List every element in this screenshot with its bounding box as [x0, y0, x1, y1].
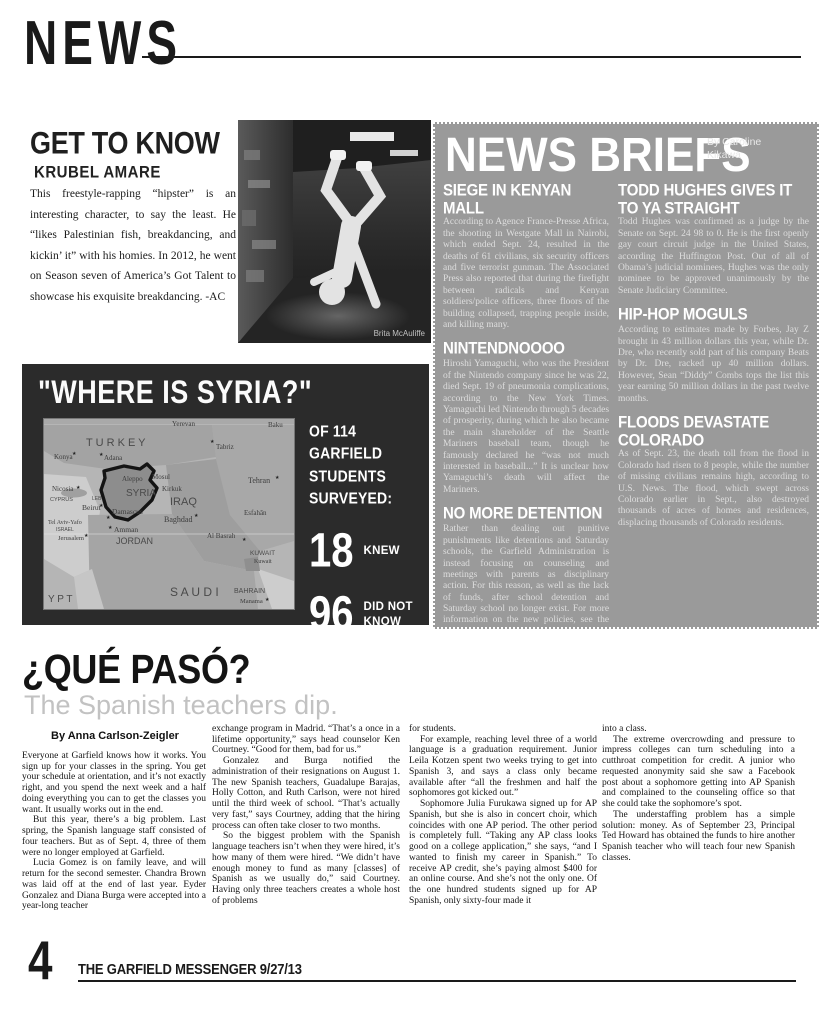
news-briefs-columns: SIEGE IN KENYAN MALL According to Agence…: [443, 182, 809, 623]
page-number: 4: [28, 930, 52, 993]
map-label: Al Basrah: [207, 532, 236, 540]
stat-did-not-know-value: 96: [309, 588, 354, 642]
get-to-know-subject-wrap: KRUBEL AMARE: [34, 163, 161, 180]
brief-heading: NINTENDNOOOO: [443, 340, 609, 358]
que-paso-subtitle: The Spanish teachers dip.: [24, 690, 338, 721]
brief-heading: SIEGE IN KENYAN MALL: [443, 182, 609, 218]
city-marker-icon: ★: [210, 439, 215, 445]
syria-poll-box: "WHERE IS SYRIA?" Yerevan Baku T U R K E…: [22, 364, 429, 625]
map-label: Kirkuk: [162, 485, 182, 493]
article-byline: By Anna Carlson-Zeigler: [40, 730, 190, 742]
brief-body: As of Sept. 23, the death toll from the …: [618, 449, 809, 529]
brief-kenyan-mall: SIEGE IN KENYAN MALL According to Agence…: [443, 182, 609, 331]
city-marker-icon: ★: [265, 597, 270, 603]
map-label: Nicosia: [52, 485, 74, 493]
get-to-know-body: This freestyle-rapping “hipster” is an i…: [30, 184, 236, 307]
brief-heading: FLOODS DEVASTATE COLORADO: [618, 414, 809, 450]
map-label: Damascus: [112, 507, 143, 516]
brief-body: Hiroshi Yamaguchi, who was the President…: [443, 359, 609, 496]
map-label: LEB.: [92, 496, 103, 502]
syria-poll-stats: OF 114 GARFIELD STUDENTS SURVEYED: 18 KN…: [309, 420, 421, 637]
stat-knew-label: KNEW: [364, 544, 422, 559]
city-marker-icon: ★: [84, 533, 89, 539]
news-briefs-title: NEWS BRIEFS: [445, 128, 751, 183]
map-label: Konya: [54, 453, 74, 461]
photo-credit: Brita McAuliffe: [374, 329, 425, 338]
brief-detention: NO MORE DETENTION Rather than dealing ou…: [443, 505, 609, 629]
map-label: BAHRAIN: [234, 588, 265, 595]
stat-did-not-know: 96 DID NOT KNOW: [309, 592, 421, 637]
breakdancer-photo: Brita McAuliffe: [238, 120, 431, 343]
news-briefs-heading-wrap: NEWS BRIEFS: [445, 128, 751, 178]
article-paragraph: Lucia Gomez is on family leave, and will…: [22, 858, 206, 912]
map-label: JORDAN: [116, 536, 153, 546]
map-label: Manama: [240, 598, 263, 605]
city-marker-icon: ★: [99, 503, 104, 509]
que-paso-title: ¿QUÉ PASÓ?: [22, 646, 250, 693]
brief-body: Todd Hughes was confirmed as a judge by …: [618, 217, 809, 297]
article-paragraph: into a class.: [602, 724, 795, 735]
middle-east-map: Yerevan Baku T U R K E Y Konya Adana Tab…: [43, 418, 295, 610]
get-to-know-subject: KRUBEL AMARE: [34, 163, 161, 182]
map-label: Tabriz: [216, 443, 234, 451]
map-label: Adana: [104, 454, 123, 462]
city-marker-icon: ★: [76, 485, 81, 491]
brief-heading: NO MORE DETENTION: [443, 505, 609, 523]
map-label: CYPRUS: [50, 497, 73, 503]
middle-east-map-svg: Yerevan Baku T U R K E Y Konya Adana Tab…: [44, 419, 294, 609]
publication-name: THE GARFIELD MESSENGER 9/27/13: [78, 961, 302, 978]
breakdancer-illustration: [238, 120, 431, 343]
article-paragraph: So the biggest problem with the Spanish …: [212, 831, 400, 906]
map-label: Baku: [268, 421, 283, 429]
map-label: Yerevan: [172, 420, 196, 428]
syria-poll-title: "WHERE IS SYRIA?": [38, 374, 312, 411]
map-label: Tel Aviv-Yafo: [48, 519, 82, 526]
map-label: Tehran: [248, 476, 270, 485]
map-label: Kuwait: [254, 559, 272, 565]
article-paragraph: The extreme overcrowding and pressure to…: [602, 735, 795, 810]
city-marker-icon: ★: [275, 475, 280, 481]
map-label: SYRIA: [126, 488, 156, 499]
get-to-know-heading-wrap: GET TO KNOW: [30, 126, 220, 157]
news-briefs-byline: By Caroline Kikawa: [707, 136, 777, 162]
map-label: KUWAIT: [250, 550, 275, 557]
brief-body: According to Agence France-Presse Africa…: [443, 217, 609, 331]
map-label: Baghdad: [164, 515, 192, 524]
article-paragraph: The understaffing problem has a simple s…: [602, 810, 795, 864]
news-briefs-column-left: SIEGE IN KENYAN MALL According to Agence…: [443, 182, 609, 623]
article-column-2: exchange program in Madrid. “That’s a on…: [212, 724, 400, 906]
article-column-1: Everyone at Garfield knows how it works.…: [22, 751, 206, 912]
article-paragraph: exchange program in Madrid. “That’s a on…: [212, 724, 400, 756]
city-marker-icon: ★: [106, 515, 111, 521]
map-label: Amman: [114, 525, 138, 534]
news-briefs-box: NEWS BRIEFS By Caroline Kikawa SIEGE IN …: [433, 122, 819, 629]
map-label: IRAQ: [170, 496, 197, 508]
stat-knew-value: 18: [309, 525, 354, 579]
city-marker-icon: ★: [99, 452, 104, 458]
article-paragraph: For example, reaching level three of a w…: [409, 735, 597, 799]
article-paragraph: Everyone at Garfield knows how it works.…: [22, 751, 206, 815]
article-column-3: for students. For example, reaching leve…: [409, 724, 597, 906]
section-masthead: NEWS: [24, 6, 182, 60]
city-marker-icon: ★: [194, 513, 199, 519]
brief-todd-hughes: TODD HUGHES GIVES IT TO YA STRAIGHT Todd…: [618, 182, 809, 297]
map-label: Esfahān: [244, 509, 267, 517]
brief-heading: TODD HUGHES GIVES IT TO YA STRAIGHT: [618, 182, 809, 218]
brief-nintendo: NINTENDNOOOO Hiroshi Yamaguchi, who was …: [443, 340, 609, 496]
article-paragraph: Gonzalez and Burga notified the administ…: [212, 756, 400, 831]
news-briefs-column-right: TODD HUGHES GIVES IT TO YA STRAIGHT Todd…: [618, 182, 809, 623]
city-marker-icon: ★: [242, 537, 247, 543]
city-marker-icon: ★: [72, 451, 77, 457]
get-to-know-title: GET TO KNOW: [30, 126, 220, 162]
map-label: S A U D I: [170, 585, 219, 599]
survey-intro: OF 114 GARFIELD STUDENTS SURVEYED:: [309, 420, 421, 509]
stat-did-not-know-label: DID NOT KNOW: [364, 600, 422, 630]
map-label: T U R K E Y: [86, 437, 146, 449]
brief-heading: HIP-HOP MOGULS: [618, 306, 809, 324]
masthead-title: NEWS: [24, 6, 182, 79]
map-label: Jerusalem: [58, 535, 84, 542]
brief-hiphop-moguls: HIP-HOP MOGULS According to estimates ma…: [618, 306, 809, 405]
map-label: ISRAEL: [56, 527, 74, 533]
article-column-4: into a class. The extreme overcrowding a…: [602, 724, 795, 864]
article-paragraph: Sophomore Julia Furukawa signed up for A…: [409, 799, 597, 906]
masthead-rule: [142, 56, 801, 58]
brief-body: According to estimates made by Forbes, J…: [618, 325, 809, 405]
map-label: Mosul: [152, 473, 170, 481]
newspaper-page: NEWS GET TO KNOW KRUBEL AMARE This frees…: [0, 0, 819, 1024]
stat-knew: 18 KNEW: [309, 529, 421, 574]
footer-rule: THE GARFIELD MESSENGER 9/27/13: [78, 960, 796, 982]
city-marker-icon: ★: [108, 525, 113, 531]
map-label: Aleppo: [122, 475, 143, 483]
article-paragraph: But this year, there’s a big problem. La…: [22, 815, 206, 858]
map-label: Y P T: [48, 594, 72, 605]
brief-body: Rather than dealing out punitive punishm…: [443, 524, 609, 629]
article-paragraph: for students.: [409, 724, 597, 735]
brief-colorado-floods: FLOODS DEVASTATE COLORADO As of Sept. 23…: [618, 414, 809, 529]
